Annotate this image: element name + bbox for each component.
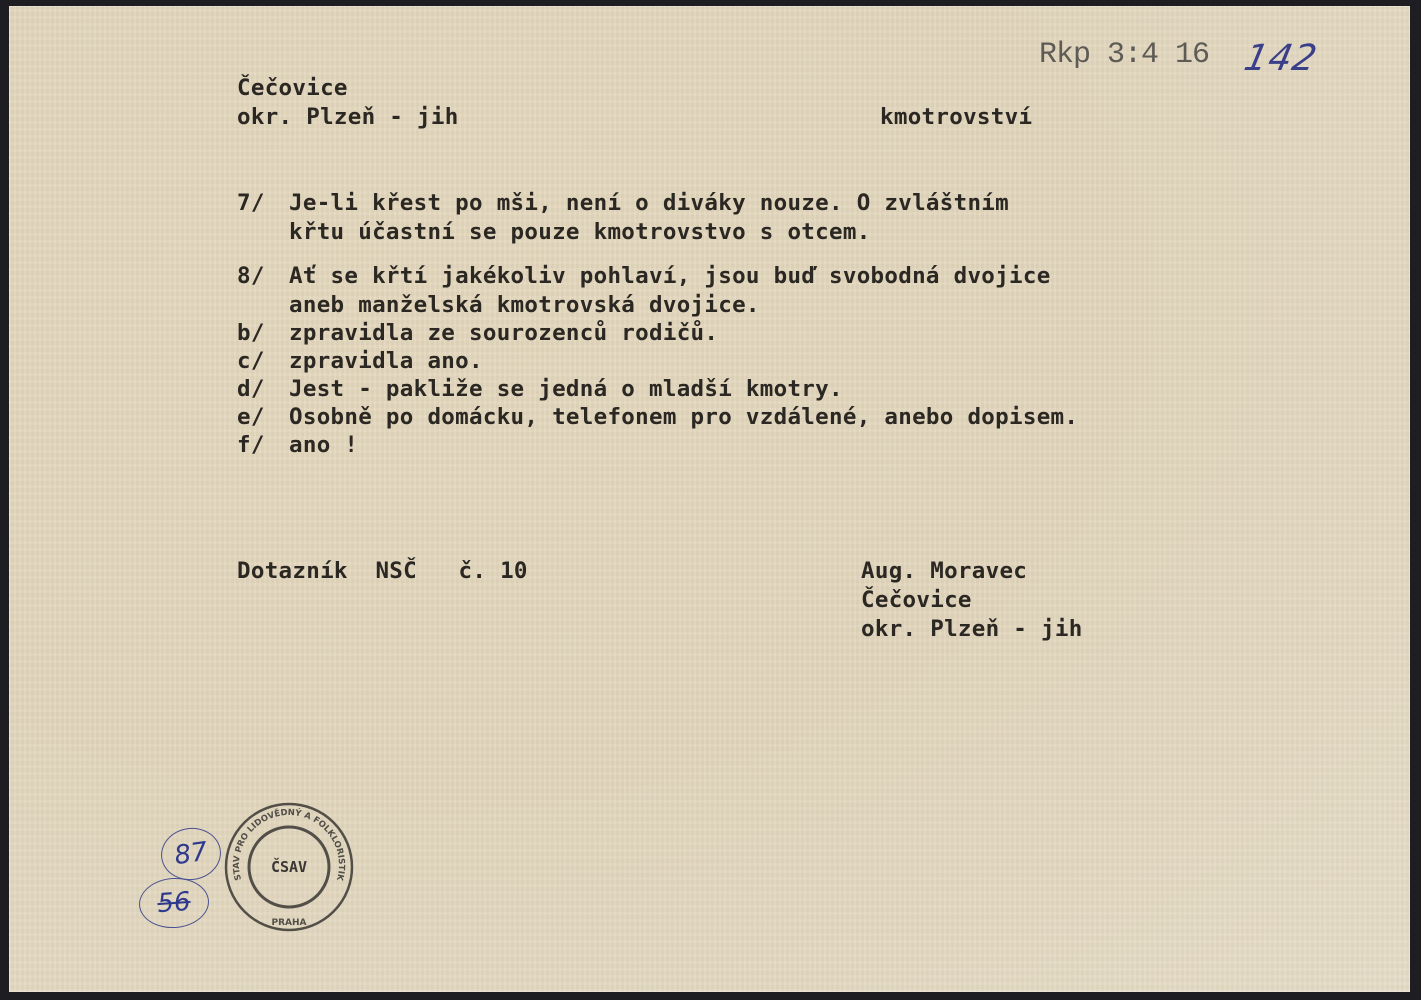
index-card: Rkp 3:4 16 142 Čečovice okr. Plzeň - jih… [9,6,1410,992]
answer-f: ano ! [289,431,358,460]
answer-7-line-2: křtu účastní se pouze kmotrovstvo s otce… [289,218,871,247]
answer-c: zpravidla ano. [289,347,483,376]
stamp-center-text: ČSAV [271,857,307,876]
answer-label-c: c/ [237,347,265,376]
stamp-ring-bottom: PRAHA [272,918,307,928]
answer-label-b: b/ [237,319,265,348]
answer-7-line-1: Je-li křest po mši, není o diváky nouze.… [289,189,1009,218]
author-place: Čečovice [861,586,972,615]
archive-reference: Rkp 3:4 16 [1039,38,1209,72]
header-district: okr. Plzeň - jih [237,103,459,132]
answer-d: Jest - pakliže se jedná o mladší kmotry. [289,375,843,404]
answer-b: zpravidla ze sourozenců rodičů. [289,319,718,348]
answer-8-line-2: aneb manželská kmotrovská dvojice. [289,291,760,320]
institution-stamp: ÚSTAV PRO LIDOVĚDNÝ A FOLKLORISTIKU PRAH… [219,801,359,936]
header-place: Čečovice [237,74,348,103]
questionnaire-number: Dotazník NSČ č. 10 [237,557,528,586]
answer-label-e: e/ [237,403,265,432]
answer-label-d: d/ [237,375,265,404]
author-district: okr. Plzeň - jih [861,615,1083,644]
answer-label-7: 7/ [237,189,265,218]
author-name: Aug. Moravec [861,557,1027,586]
header-topic: kmotrovství [880,103,1032,132]
circled-number-87: 87 [158,824,225,884]
answer-label-f: f/ [237,431,265,460]
answer-label-8: 8/ [237,262,265,291]
handwritten-number: 142 [1241,38,1321,79]
answer-8-line-1: Ať se křtí jakékoliv pohlaví, jsou buď s… [289,262,1051,291]
answer-e: Osobně po domácku, telefonem pro vzdálen… [289,403,1078,432]
circled-number-56-struck: 56 [137,876,210,931]
